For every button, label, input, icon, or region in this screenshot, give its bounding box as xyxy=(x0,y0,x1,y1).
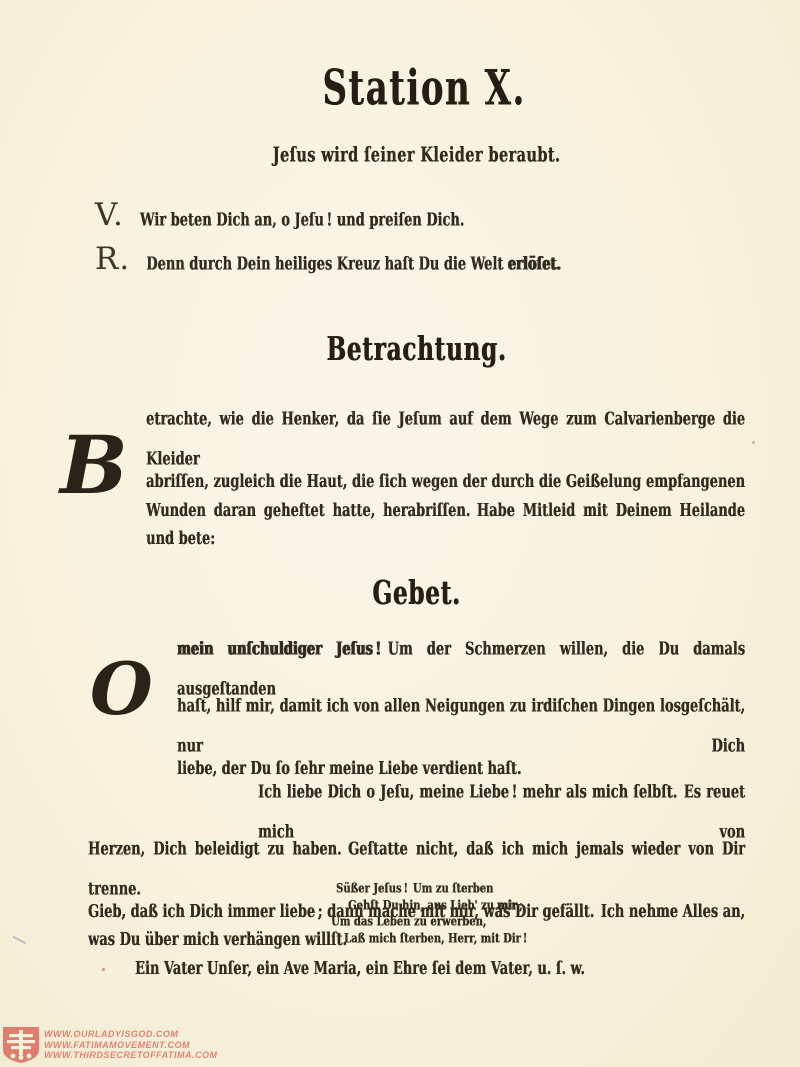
verse-line2-post: ; xyxy=(517,899,523,914)
betrachtung-paragraph: B etrachte, wie die Henker, da ſie Jeſum… xyxy=(60,412,745,555)
paper-speck xyxy=(102,968,105,971)
response-label: R. xyxy=(95,241,130,277)
verse-line2-emphasis: mir xyxy=(497,899,517,914)
page-subtitle: Jeſus wird ſeiner Kleider beraubt. xyxy=(88,139,745,173)
response-text-emphasis: erlöſet. xyxy=(508,254,561,275)
gebet-opening-lines: mein unſchuldiger Jeſus ! Um der Schmerz… xyxy=(177,642,745,785)
betrachtung-body: B etrachte, wie die Henker, da ſie Jeſum… xyxy=(60,412,745,555)
versicle-line: V. Wir beten Dich an, o Jeſu ! und preiſ… xyxy=(95,197,464,233)
betrachtung-heading: Betrachtung. xyxy=(88,324,745,375)
dropcap-o: O xyxy=(88,642,177,785)
versicle-text: Wir beten Dich an, o Jeſu ! und preiſen … xyxy=(140,210,464,231)
scanned-book-page: Station X. Jeſus wird ſeiner Kleider ber… xyxy=(0,0,800,1067)
shield-cross-icon xyxy=(2,1026,40,1064)
watermark: WWW.OURLADYISGOD.COM WWW.FATIMAMOVEMENT.… xyxy=(2,1026,217,1064)
versicle-label: V. xyxy=(95,197,124,233)
response-line: R. Denn durch Dein heiliges Kreuz haſt D… xyxy=(95,241,561,277)
verse-block: Süßer Jeſus ! Um zu ſterben Gehſt Du hin… xyxy=(331,882,527,948)
watermark-url: WWW.OURLADYISGOD.COM xyxy=(44,1029,217,1040)
betrachtung-line: und bete: xyxy=(146,521,745,560)
page-title: Station X. xyxy=(88,54,760,125)
watermark-urls: WWW.OURLADYISGOD.COM WWW.FATIMAMOVEMENT.… xyxy=(44,1026,217,1061)
verse-line2-pre: Gehſt Du hin, aus Lieb' zu xyxy=(348,899,497,914)
watermark-url: WWW.THIRDSECRETOFFATIMA.COM xyxy=(44,1050,217,1061)
paper-speck xyxy=(752,441,755,444)
paper-speck xyxy=(12,936,26,945)
gebet-line1-emphasis: mein unſchuldiger Jeſus ! xyxy=(177,639,381,660)
verse-line: Laß mich ſterben, Herr, mit Dir ! xyxy=(344,929,527,951)
response-text: Denn durch Dein heiliges Kreuz haſt Du d… xyxy=(146,254,561,275)
response-text-main: Denn durch Dein heiliges Kreuz haſt Du d… xyxy=(146,254,508,275)
gebet-opening: O mein unſchuldiger Jeſus ! Um der Schme… xyxy=(88,642,745,785)
betrachtung-lines: etrachte, wie die Henker, da ſie Jeſum a… xyxy=(146,412,745,555)
gebet-closing-rubric: Ein Vater Unſer, ein Ave Maria, ein Ehre… xyxy=(135,950,745,989)
watermark-url: WWW.FATIMAMOVEMENT.COM xyxy=(44,1040,217,1051)
dropcap-b: B xyxy=(60,412,146,555)
gebet-heading: Gebet. xyxy=(88,568,745,619)
